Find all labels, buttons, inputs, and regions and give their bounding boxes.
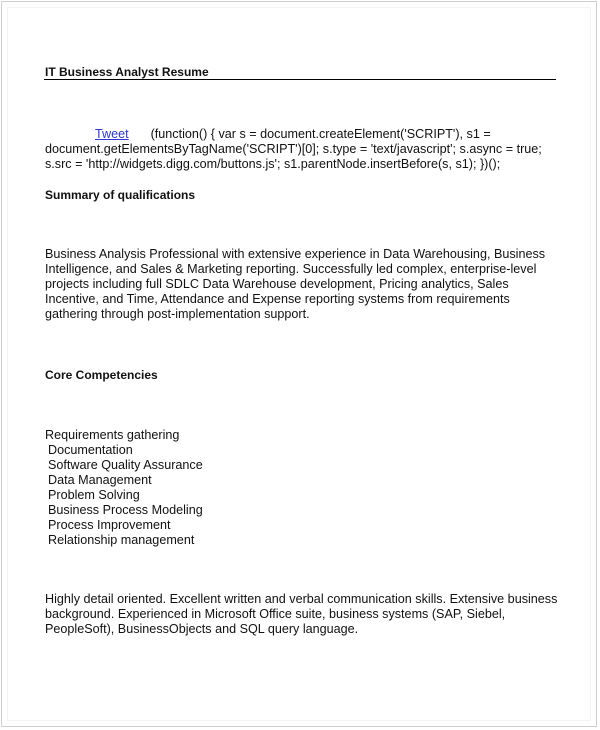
summary-paragraph: Business Analysis Professional with exte… [45,247,565,322]
list-item: Requirements gathering [45,428,203,443]
competencies-heading: Core Competencies [45,368,158,382]
closing-paragraph: Highly detail oriented. Excellent writte… [45,592,565,637]
list-item: Process Improvement [45,518,203,533]
summary-heading: Summary of qualifications [45,188,195,202]
competencies-list: Requirements gathering Documentation Sof… [45,428,203,548]
list-item: Data Management [45,473,203,488]
list-item: Problem Solving [45,488,203,503]
list-item: Software Quality Assurance [45,458,203,473]
list-item: Relationship management [45,533,203,548]
list-item: Business Process Modeling [45,503,203,518]
title-divider [44,79,556,80]
list-item: Documentation [45,443,203,458]
document-title: IT Business Analyst Resume [45,65,209,79]
embed-script-block: Tweet(function() { var s = document.crea… [45,127,565,172]
tweet-link[interactable]: Tweet [95,127,129,141]
